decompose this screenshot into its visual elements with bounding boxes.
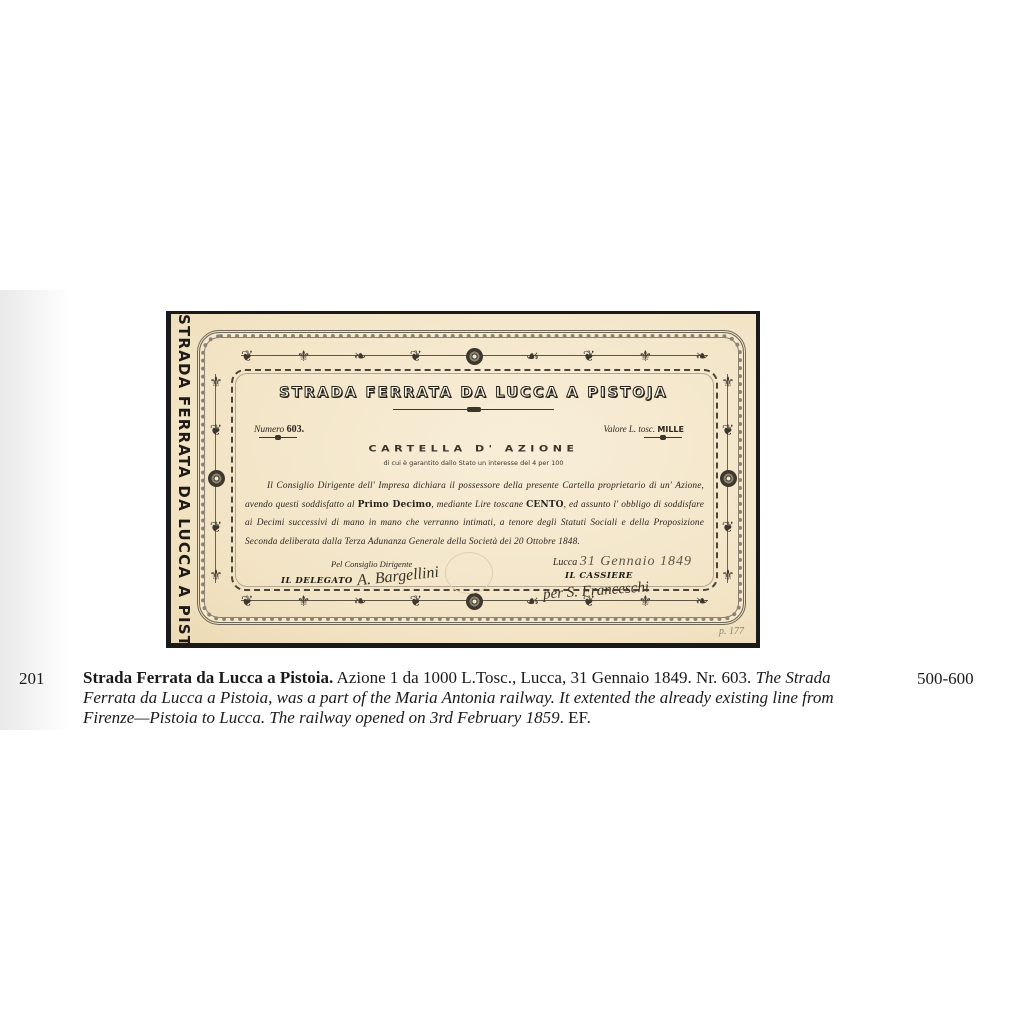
certificate-subtitle: CARTELLA D' AZIONE (233, 443, 714, 453)
rosette-icon (466, 593, 483, 610)
scroll-ornament-icon: ☙ (526, 593, 539, 609)
number-divider (259, 437, 297, 438)
scroll-ornament-icon: ❧ (695, 348, 708, 364)
pencil-note: p. 177 (719, 626, 744, 637)
scroll-ornament-icon: ❦ (722, 422, 735, 438)
scroll-ornament-icon: ⚜ (209, 374, 222, 390)
scroll-ornament-icon: ❦ (410, 593, 423, 609)
scroll-ornament-icon: ❦ (241, 593, 254, 609)
scroll-ornament-icon: ⚜ (297, 593, 310, 609)
scroll-ornament-icon: ❦ (583, 348, 596, 364)
scroll-ornament-icon: ❦ (410, 348, 423, 364)
faint-stamp (445, 552, 493, 594)
lot-title: Strada Ferrata da Lucca a Pistoia. (83, 668, 333, 687)
scroll-ornament-icon: ⚜ (721, 374, 734, 390)
scroll-ornament-icon: ❧ (354, 348, 367, 364)
certificate-title: STRADA FERRATA DA LUCCA A PISTOJA (233, 385, 714, 401)
certificate-number: Numero 603. (254, 424, 304, 435)
certificate-content: STRADA FERRATA DA LUCCA A PISTOJA Numero… (233, 372, 714, 588)
scroll-ornament-icon: ⚜ (721, 567, 734, 583)
certificate-value: Valore L. tosc. MILLE (603, 424, 684, 434)
guarantee-line: di cui è garantito dallo Stato un intere… (233, 459, 714, 467)
delegate-label: IL DELEGATO (281, 576, 353, 586)
cashier-label: IL CASSIERE (565, 571, 633, 581)
rosette-icon (208, 470, 225, 487)
rosette-icon (720, 470, 737, 487)
scroll-ornament-icon: ⚜ (209, 567, 222, 583)
lot-description: Strada Ferrata da Lucca a Pistoia. Azion… (83, 668, 877, 728)
handwritten-date: 31 Gennaio 1849 (580, 554, 692, 569)
lot-number: 201 (19, 669, 45, 689)
scroll-ornament-icon: ❧ (695, 593, 708, 609)
title-divider (393, 409, 554, 410)
top-ornament-band: ❦ ⚜ ❧ ❦ ☙ ❦ ⚜ ❧ (241, 348, 708, 364)
scroll-ornament-icon: ❧ (354, 593, 367, 609)
right-ornament-column: ⚜ ❦ ❦ ⚜ (720, 374, 736, 583)
scroll-ornament-icon: ❦ (241, 348, 254, 364)
lot-details: Azione 1 da 1000 L.Tosc., Lucca, 31 Genn… (333, 668, 755, 687)
scroll-ornament-icon: ⚜ (297, 348, 310, 364)
share-certificate-image: STRADA FERRATA DA LUCCA A PISTOJA ❦ ⚜ ❧ … (166, 311, 760, 648)
certificate-side-title: STRADA FERRATA DA LUCCA A PISTOJA (171, 314, 193, 643)
lot-grade: . EF. (560, 708, 591, 727)
place-and-date: Lucca 31 Gennaio 1849 (553, 554, 692, 570)
scroll-ornament-icon: ⚜ (639, 348, 652, 364)
certificate-body-text: Il Consiglio Dirigente dell' Impresa dic… (245, 477, 704, 551)
certificate-paper: STRADA FERRATA DA LUCCA A PISTOJA ❦ ⚜ ❧ … (171, 314, 756, 643)
scroll-ornament-icon: ❦ (722, 519, 735, 535)
left-ornament-column: ⚜ ❦ ❦ ⚜ (208, 374, 224, 583)
rosette-icon (466, 348, 483, 365)
scroll-ornament-icon: ❦ (210, 519, 223, 535)
value-divider (644, 437, 682, 438)
price-estimate: 500-600 (917, 669, 974, 689)
scroll-ornament-icon: ☙ (526, 348, 539, 364)
page-gutter-shadow (0, 290, 70, 730)
scroll-ornament-icon: ❦ (210, 422, 223, 438)
